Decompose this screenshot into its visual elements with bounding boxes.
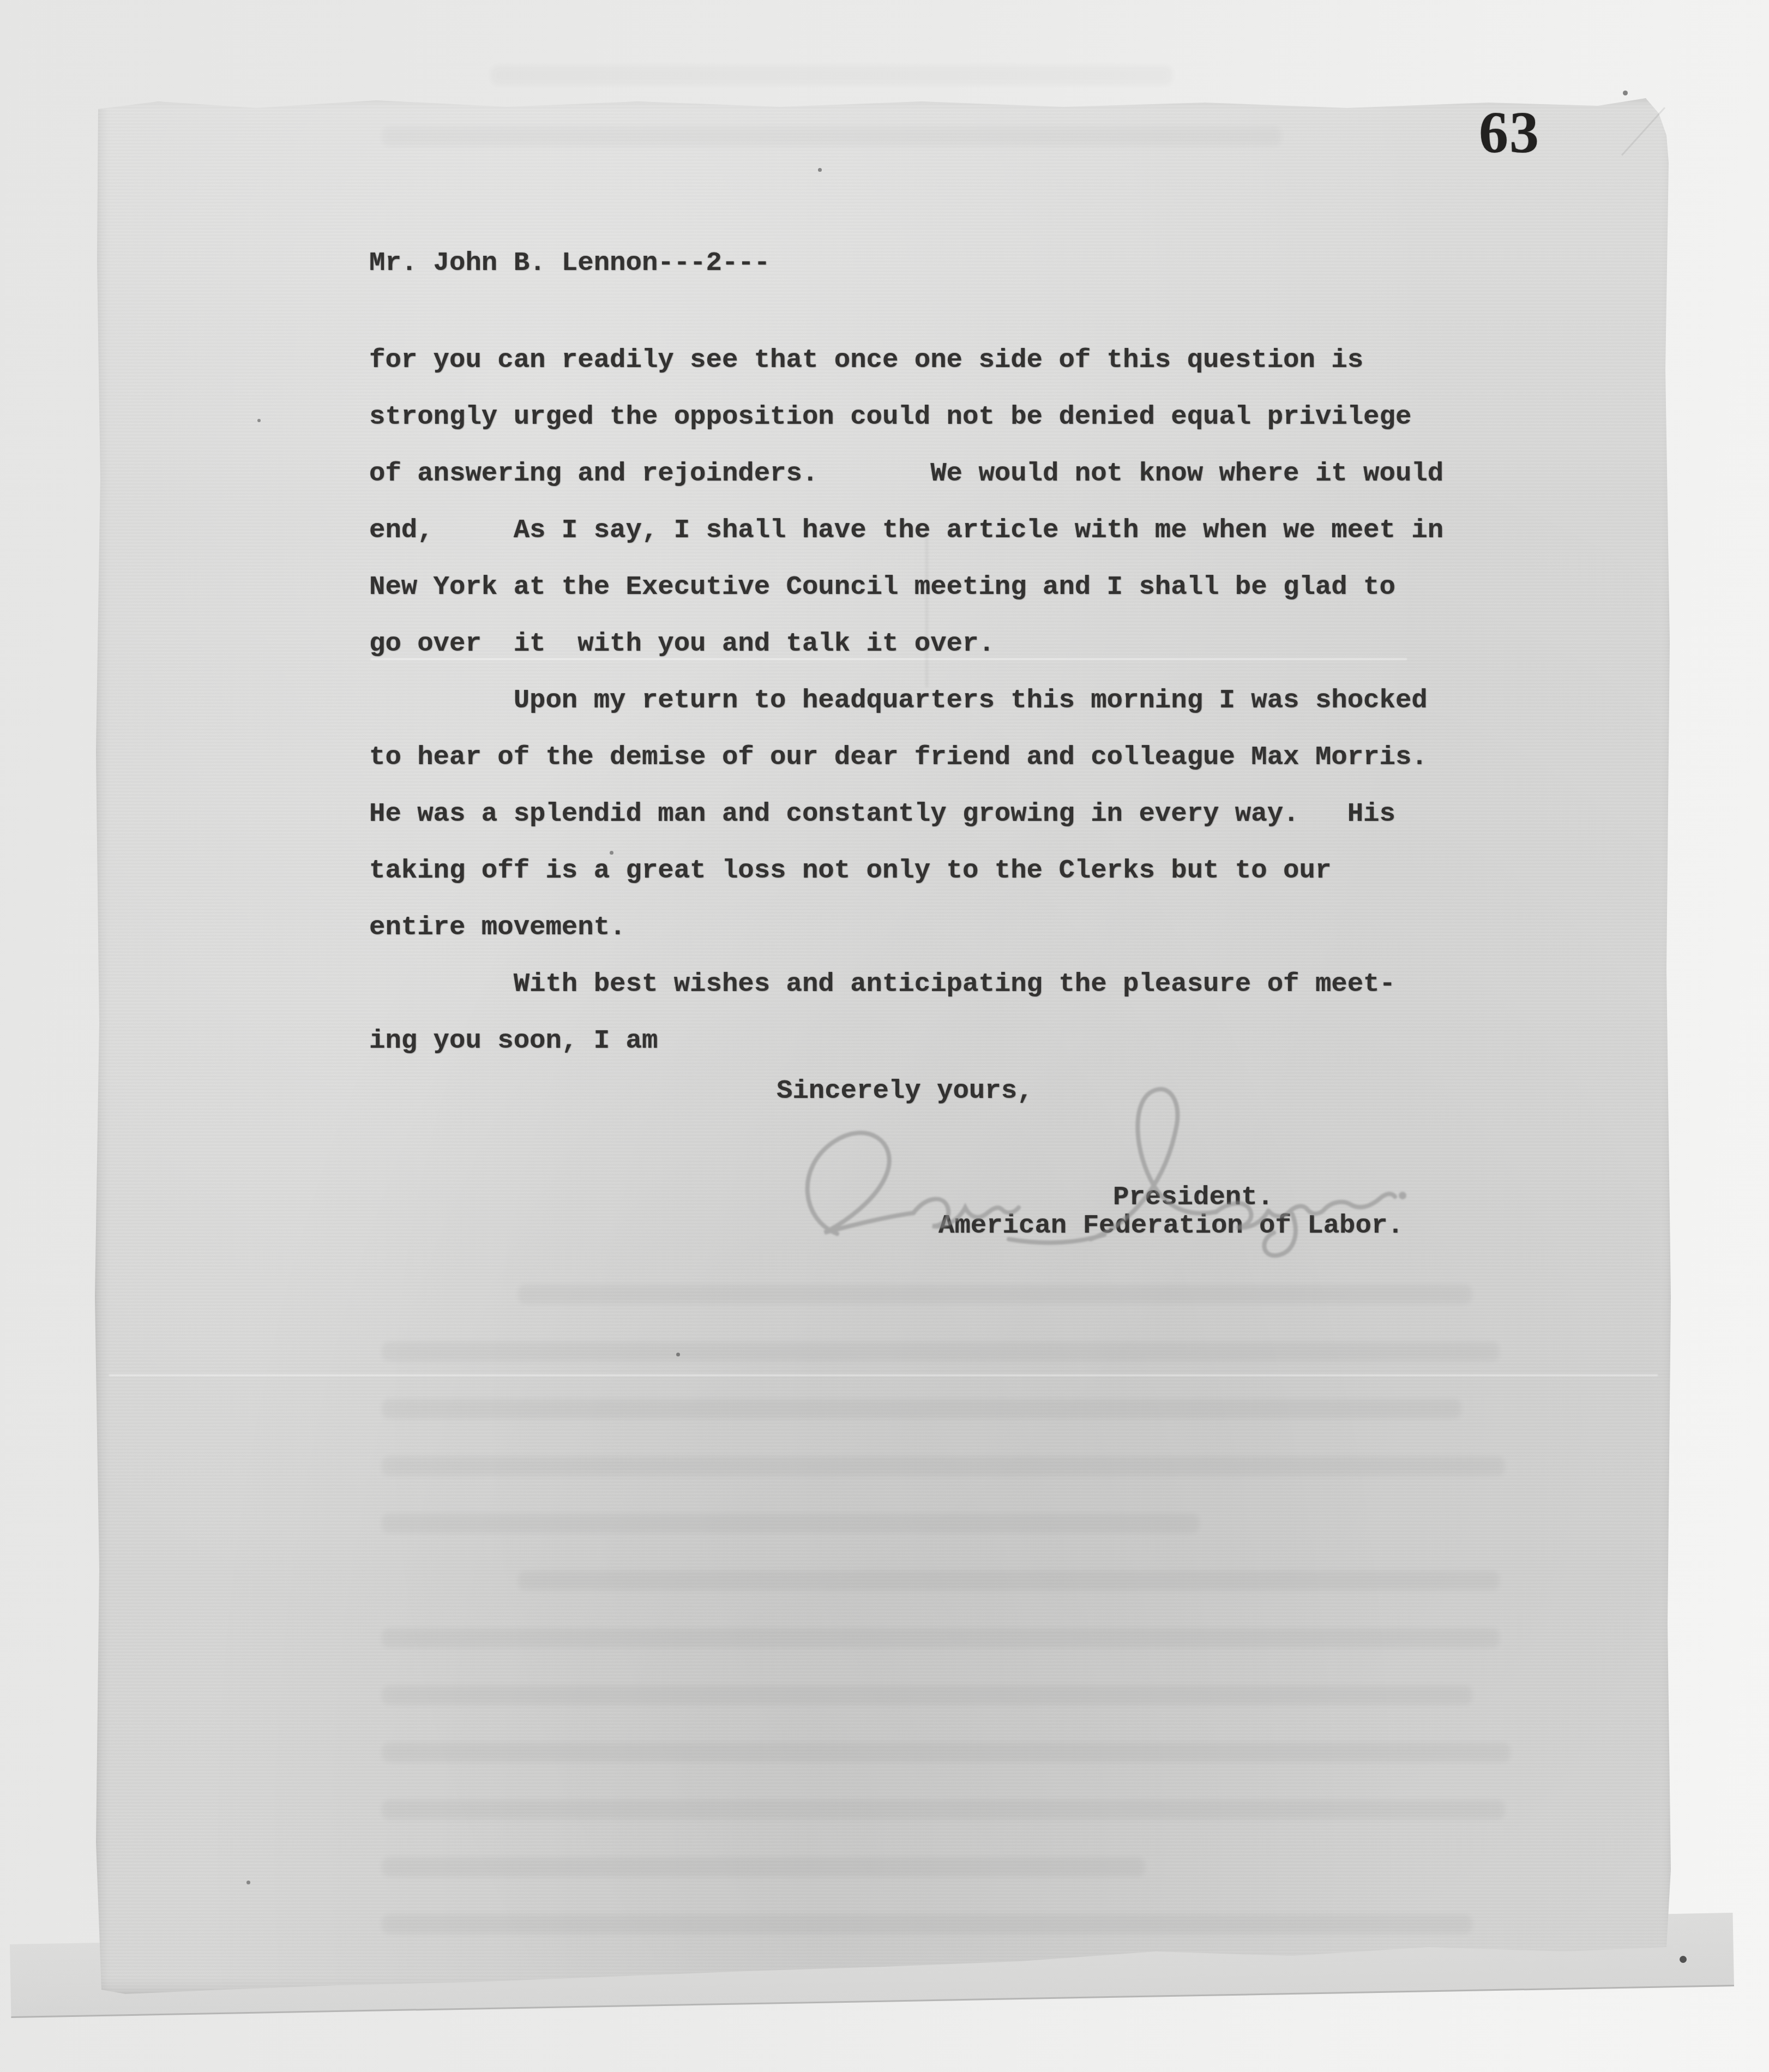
dust-speck [246, 1881, 250, 1884]
gompers-signature [785, 1059, 1418, 1262]
ghost-text-row [382, 1628, 1500, 1648]
body-line: Upon my return to headquarters this morn… [369, 672, 1443, 729]
scratch-artifact [371, 658, 1407, 660]
ghost-text-row [382, 1514, 1200, 1533]
dust-speck [1623, 91, 1628, 95]
dust-speck [676, 1353, 680, 1356]
ghost-text-row [491, 65, 1172, 85]
body-line: taking off is a great loss not only to t… [369, 842, 1443, 899]
body-line: go over it with you and talk it over. [369, 615, 1443, 672]
body-line: of answering and rejoinders. We would no… [369, 445, 1443, 502]
ghost-text-row [382, 1342, 1500, 1361]
ghost-text-row [518, 1284, 1472, 1304]
dust-speck [818, 168, 822, 172]
ghost-text-row [382, 1914, 1472, 1934]
ghost-text-row [382, 1685, 1472, 1705]
body-line: New York at the Executive Council meetin… [369, 558, 1443, 615]
scanned-letter-page: 63 Mr. John B. Lennon---2--- for you can… [0, 0, 1769, 2072]
page-number: 63 [1479, 99, 1540, 167]
letter-header: Mr. John B. Lennon---2--- [369, 235, 770, 291]
body-line: end, As I say, I shall have the article … [369, 502, 1443, 558]
body-line: With best wishes and anticipating the pl… [369, 956, 1443, 1012]
body-line: for you can readily see that once one si… [369, 332, 1443, 388]
ghost-text-row [382, 127, 1281, 146]
dust-speck [1680, 1956, 1687, 1963]
ghost-text-row [382, 1399, 1461, 1419]
dust-speck [610, 851, 613, 855]
body-line: He was a splendid man and constantly gro… [369, 785, 1443, 842]
ghost-text-row [382, 1743, 1511, 1762]
body-line: strongly urged the opposition could not … [369, 388, 1443, 445]
scratch-artifact [926, 524, 928, 687]
ghost-text-row [382, 1800, 1505, 1819]
letter-body: for you can readily see that once one si… [369, 332, 1443, 1069]
ghost-text-row [382, 1857, 1145, 1877]
body-line: entire movement. [369, 899, 1443, 956]
ghost-text-row [518, 1571, 1500, 1590]
dust-speck [257, 419, 261, 422]
scratch-artifact [109, 1374, 1658, 1376]
body-line: to hear of the demise of our dear friend… [369, 729, 1443, 785]
ghost-text-row [382, 1456, 1505, 1476]
